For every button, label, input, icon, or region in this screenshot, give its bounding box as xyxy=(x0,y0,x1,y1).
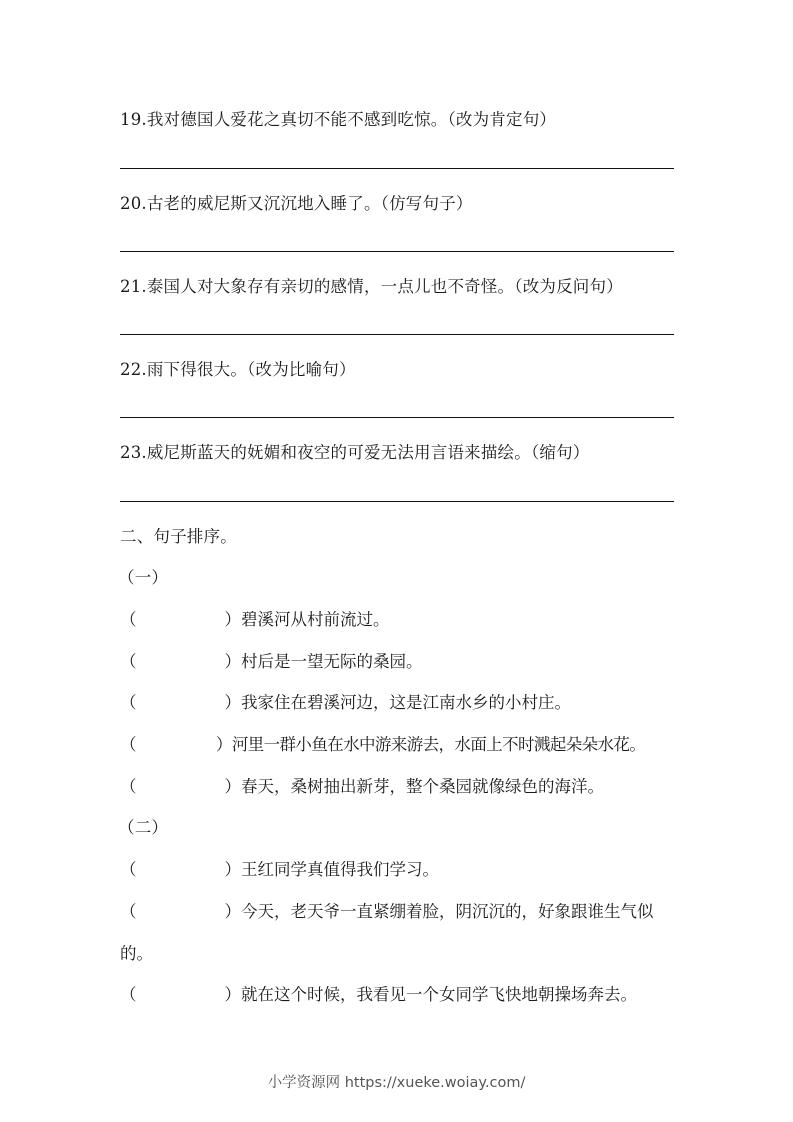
order-blank-open: （ xyxy=(120,735,136,754)
order-item: （）王红同学真值得我们学习。 xyxy=(120,856,439,880)
sentence-text: 河里一群小鱼在水中游来游去，水面上不时溅起朵朵水花。 xyxy=(232,735,645,754)
order-blank-close: ） xyxy=(225,693,242,712)
sentence-text: 就在这个时候，我看见一个女同学飞快地朝操场奔去。 xyxy=(241,985,637,1004)
order-blank-open: （ xyxy=(120,693,137,712)
sentence-text: 王红同学真值得我们学习。 xyxy=(241,860,439,879)
order-blank-open: （ xyxy=(120,985,137,1004)
order-blank-close: ） xyxy=(216,735,232,754)
order-blank-close: ） xyxy=(225,902,242,921)
section-title: 二、句子排序。 xyxy=(120,523,237,547)
question-23: 23.威尼斯蓝天的妩媚和夜空的可爱无法用言语来描绘。（缩句） xyxy=(120,439,590,463)
question-19: 19.我对德国人爱花之真切不能不感到吃惊。（改为肯定句） xyxy=(120,106,556,130)
question-number: 20. xyxy=(120,194,147,213)
question-text: 泰国人对大象存有亲切的感情，一点儿也不奇怪。（改为反问句） xyxy=(147,277,623,296)
group-label-2: （二） xyxy=(118,814,168,838)
question-21: 21.泰国人对大象存有亲切的感情，一点儿也不奇怪。（改为反问句） xyxy=(120,273,623,297)
order-item: （）就在这个时候，我看见一个女同学飞快地朝操场奔去。 xyxy=(120,981,637,1005)
order-blank-open: （ xyxy=(120,860,137,879)
order-blank-close: ） xyxy=(225,610,242,629)
sentence-text: 的。 xyxy=(120,944,153,963)
order-item: （）碧溪河从村前流过。 xyxy=(120,606,390,630)
order-item: （）村后是一望无际的桑园。 xyxy=(120,648,423,672)
order-item-continued: 的。 xyxy=(120,940,153,964)
answer-line-19[interactable] xyxy=(120,168,674,169)
order-item: （）春天，桑树抽出新芽，整个桑园就像绿色的海洋。 xyxy=(120,773,604,797)
question-text: 雨下得很大。（改为比喻句） xyxy=(147,360,356,379)
order-blank-close: ） xyxy=(225,860,242,879)
order-blank-open: （ xyxy=(120,902,137,921)
question-text: 古老的威尼斯又沉沉地入睡了。（仿写句子） xyxy=(147,194,473,213)
answer-line-21[interactable] xyxy=(120,334,674,335)
question-text: 威尼斯蓝天的妩媚和夜空的可爱无法用言语来描绘。（缩句） xyxy=(147,443,590,462)
sentence-text: 我家住在碧溪河边，这是江南水乡的小村庄。 xyxy=(241,693,571,712)
group-label-1: （一） xyxy=(118,564,168,588)
order-blank-close: ） xyxy=(225,985,242,1004)
order-blank-open: （ xyxy=(120,610,137,629)
question-22: 22.雨下得很大。（改为比喻句） xyxy=(120,356,356,380)
order-item: （）河里一群小鱼在水中游来游去，水面上不时溅起朵朵水花。 xyxy=(120,731,645,755)
order-blank-open: （ xyxy=(120,652,137,671)
question-20: 20.古老的威尼斯又沉沉地入睡了。（仿写句子） xyxy=(120,190,473,214)
order-blank-close: ） xyxy=(225,652,242,671)
question-number: 22. xyxy=(120,360,147,379)
question-text: 我对德国人爱花之真切不能不感到吃惊。（改为肯定句） xyxy=(147,110,556,129)
sentence-text: 今天，老天爷一直紧绷着脸，阴沉沉的，好象跟谁生气似 xyxy=(241,902,654,921)
answer-line-22[interactable] xyxy=(120,417,674,418)
order-item: （）我家住在碧溪河边，这是江南水乡的小村庄。 xyxy=(120,689,571,713)
sentence-text: 村后是一望无际的桑园。 xyxy=(241,652,423,671)
sentence-text: 春天，桑树抽出新芽，整个桑园就像绿色的海洋。 xyxy=(241,777,604,796)
order-item: （）今天，老天爷一直紧绷着脸，阴沉沉的，好象跟谁生气似 xyxy=(120,898,654,922)
footer-watermark: 小学资源网 https://xueke.woiay.com/ xyxy=(0,1071,793,1092)
order-blank-open: （ xyxy=(120,777,137,796)
answer-line-20[interactable] xyxy=(120,251,674,252)
question-number: 19. xyxy=(120,110,147,129)
order-blank-close: ） xyxy=(225,777,242,796)
answer-line-23[interactable] xyxy=(120,501,674,502)
sentence-text: 碧溪河从村前流过。 xyxy=(241,610,390,629)
question-number: 21. xyxy=(120,277,147,296)
question-number: 23. xyxy=(120,443,147,462)
